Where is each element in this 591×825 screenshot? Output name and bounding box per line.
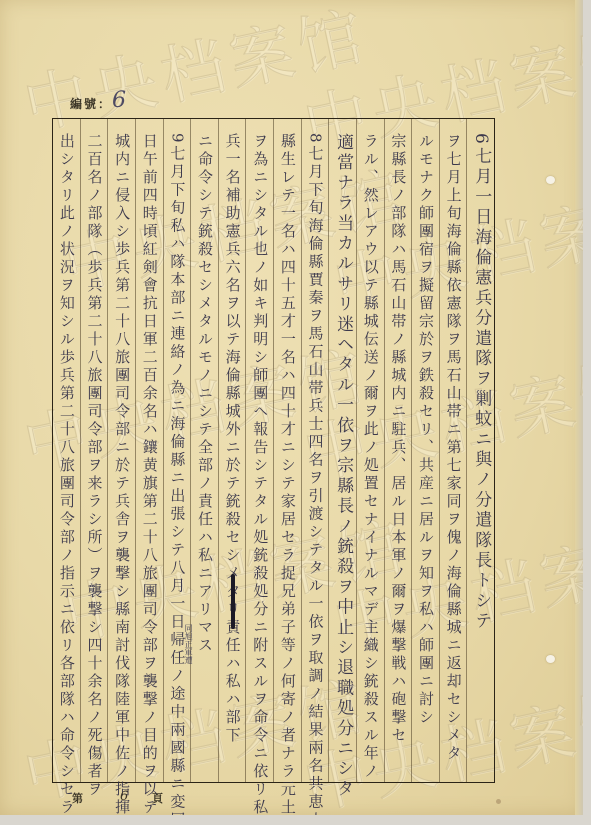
column-text: ルモナク師團宿ヲ擬留宗於ヲ鉄殺セリ、共産ニ居ルヲ知ヲ私ハ師團ニ討シ bbox=[418, 119, 433, 782]
text-column: ルモナク師團宿ヲ擬留宗於ヲ鉄殺セリ、共産ニ居ルヲ知ヲ私ハ師團ニ討シ bbox=[411, 119, 439, 782]
footer-page-number: 6 bbox=[120, 789, 128, 804]
text-column: 9七月下旬私ハ隊本部ニ連絡ノ為ニ海倫縣ニ出張シテ八月一日帰任ノ途中兩國縣ニ変同 … bbox=[163, 119, 191, 782]
text-column: ラル、然レアウ以テ縣城伝送ノ爾ヲ此ノ処置セナイナルマデ主織シ銃殺スル年ノ bbox=[356, 119, 384, 782]
column-text: 9七月下旬私ハ隊本部ニ連絡ノ為ニ海倫縣ニ出張シテ八月一日帰任ノ途中兩國縣ニ変同 bbox=[169, 119, 184, 782]
column-text: 6七月一日海倫憲兵分遣隊ヲ剿蚊ニ與ノ分遣隊長トシテ bbox=[472, 119, 489, 782]
paper-edge bbox=[575, 0, 583, 815]
text-column: 出シタリ此ノ状況ヲ知シル歩兵第二十八旅團司令部ノ指示ニ依リ各部隊ハ命令シセラ bbox=[53, 119, 80, 782]
footer-prefix: 第 bbox=[72, 790, 83, 806]
column-text: 城内ニ侵入シ歩兵第二十八旅團司令部ニ於テ兵舎ヲ襲撃シ縣南討伐隊陸軍中佐ノ指揮ス bbox=[114, 119, 129, 782]
text-column: 城内ニ侵入シ歩兵第二十八旅團司令部ニ於テ兵舎ヲ襲撃シ縣南討伐隊陸軍中佐ノ指揮ス bbox=[107, 119, 135, 782]
archive-paper-page: 中央档案馆 中央档案馆 中央档案馆 中央档案馆 中央档案馆 中央档案馆 中央档案… bbox=[0, 0, 583, 815]
footer-suffix: 頁 bbox=[152, 790, 163, 806]
text-column: 適當ナラ当カルサリ迷ヘタル一依ヲ宗縣長ノ銃殺ヲ中止シ退職処分ニシタ bbox=[328, 119, 356, 782]
column-text: 8七月下旬海倫縣賈秦ヲ馬石山帯兵士四名ヲ引渡シテタル一依ヲ取調ノ結果兩名共恵山 bbox=[307, 119, 322, 782]
manuscript-grid: 6七月一日海倫憲兵分遣隊ヲ剿蚊ニ與ノ分遣隊長トシテ ヲ七月上旬海倫縣依憲隊ヲ馬石… bbox=[52, 118, 495, 783]
text-column: 8七月下旬海倫縣賈秦ヲ馬石山帯兵士四名ヲ引渡シテタル一依ヲ取調ノ結果兩名共恵山 bbox=[301, 119, 329, 782]
column-text: ニ命令シテ銃殺セシメタルモノニシテ全部ノ責任ハ私ニアリマス bbox=[197, 119, 212, 782]
column-text: 日午前四時頃紅剣會抗日軍二百余名ハ鑲黄旗第二十八旅團司令部ヲ襲撃ノ目的ヲ以テ縣 bbox=[142, 119, 157, 782]
column-text: 適當ナラ当カルサリ迷ヘタル一依ヲ宗縣長ノ銃殺ヲ中止シ退職処分ニシタ bbox=[334, 119, 351, 782]
column-text: ヲ七月上旬海倫縣依憲隊ヲ馬石山帯ニ第七家同ヲ傀ノ海倫縣城ニ返却セシメタ bbox=[446, 119, 461, 782]
text-column: 縣生レテ一名ハ四十五才一名ハ四十才ニシテ家居セラ捉兄弟子等ノ何寄ノ者ナラ元土匪 bbox=[273, 119, 301, 782]
text-column: 日午前四時頃紅剣會抗日軍二百余名ハ鑲黄旗第二十八旅團司令部ヲ襲撃ノ目的ヲ以テ縣 bbox=[135, 119, 163, 782]
column-text: ヲ為ニシタル也ノ如キ判明シ師團ヘ報告シテタル処銃殺処分ニ附スルヲ命令ニ依リ私ハ部… bbox=[252, 119, 267, 782]
text-column: 6七月一日海倫憲兵分遣隊ヲ剿蚊ニ與ノ分遣隊長トシテ bbox=[466, 119, 494, 782]
punch-hole bbox=[546, 176, 555, 184]
text-column: 宗縣長ノ部隊ハ馬石山帯ノ縣城内ニ駐兵、居ル日本軍ノ爾ヲ爆撃戦ハ砲撃セ bbox=[384, 119, 412, 782]
text-column: ヲ七月上旬海倫縣依憲隊ヲ馬石山帯ニ第七家同ヲ傀ノ海倫縣城ニ返却セシメタ bbox=[439, 119, 467, 782]
column-text: 宗縣長ノ部隊ハ馬石山帯ノ縣城内ニ駐兵、居ル日本軍ノ爾ヲ爆撃戦ハ砲撃セ bbox=[390, 119, 405, 782]
punch-hole bbox=[546, 655, 555, 663]
ink-bar bbox=[231, 574, 235, 629]
column-text: 出シタリ此ノ状況ヲ知シル歩兵第二十八旅團司令部ノ指示ニ依リ各部隊ハ命令シセラ bbox=[59, 119, 74, 782]
text-column: ニ命令シテ銃殺セシメタルモノニシテ全部ノ責任ハ私ニアリマス bbox=[190, 119, 218, 782]
serial-label: 編號： bbox=[70, 95, 112, 112]
column-text: 二百名ノ部隊（歩兵第二十八旅團司令部ヲ来ラシ所）ヲ襲撃シ四十余名ノ死傷者ヲ bbox=[86, 119, 101, 782]
column-text: ラル、然レアウ以テ縣城伝送ノ爾ヲ此ノ処置セナイナルマデ主織シ銃殺スル年ノ bbox=[363, 119, 378, 782]
margin-annotation: 同旭正軍遭 bbox=[183, 624, 194, 664]
text-column: 兵一名補助憲兵六名ヲ以テ海倫縣城外ニ於テ銃殺セシメタリ責任ハ私ハ部下 bbox=[218, 119, 246, 782]
text-column: ヲ為ニシタル也ノ如キ判明シ師團ヘ報告シテタル処銃殺処分ニ附スルヲ命令ニ依リ私ハ部… bbox=[245, 119, 273, 782]
column-text: 縣生レテ一名ハ四十五才一名ハ四十才ニシテ家居セラ捉兄弟子等ノ何寄ノ者ナラ元土匪 bbox=[280, 119, 295, 782]
column-text: 兵一名補助憲兵六名ヲ以テ海倫縣城外ニ於テ銃殺セシメタリ責任ハ私ハ部下 bbox=[225, 119, 240, 782]
stain-mark bbox=[496, 799, 501, 804]
text-column: 二百名ノ部隊（歩兵第二十八旅團司令部ヲ来ラシ所）ヲ襲撃シ四十余名ノ死傷者ヲ bbox=[80, 119, 108, 782]
serial-value: 6 bbox=[112, 88, 126, 113]
